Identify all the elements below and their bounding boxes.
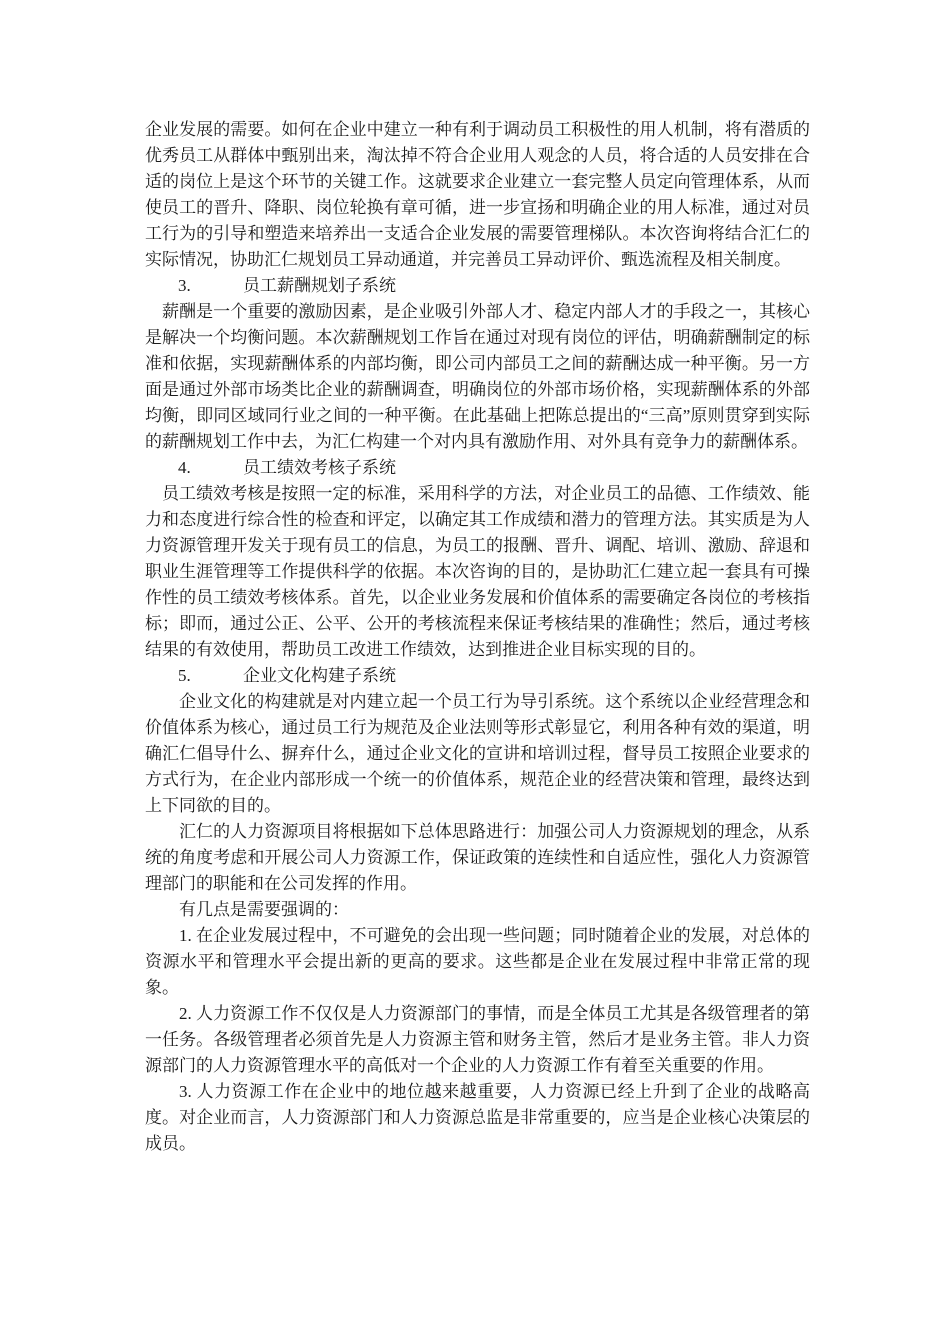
emphasis-point-2: 2. 人力资源工作不仅仅是人力资源部门的事情，而是全体员工尤其是各级管理者的第一… xyxy=(145,1001,810,1079)
section-5-number: 5. xyxy=(178,663,243,689)
section-5-title: 企业文化构建子系统 xyxy=(243,666,396,685)
section-3-title: 员工薪酬规划子系统 xyxy=(243,276,396,295)
emphasis-point-1: 1. 在企业发展过程中，不可避免的会出现一些问题；同时随着企业的发展，对总体的资… xyxy=(145,923,810,1001)
section-4-title: 员工绩效考核子系统 xyxy=(243,458,396,477)
emphasis-intro: 有几点是需要强调的： xyxy=(145,897,810,923)
paragraph-continuation: 企业发展的需要。如何在企业中建立一种有利于调动员工积极性的用人机制，将有潜质的优… xyxy=(145,117,810,273)
section-5-heading: 5.企业文化构建子系统 xyxy=(145,663,810,689)
overall-approach-paragraph: 汇仁的人力资源项目将根据如下总体思路进行：加强公司人力资源规划的理念，从系统的角… xyxy=(145,819,810,897)
section-4-heading: 4.员工绩效考核子系统 xyxy=(145,455,810,481)
document-body: 企业发展的需要。如何在企业中建立一种有利于调动员工积极性的用人机制，将有潜质的优… xyxy=(145,117,810,1157)
section-3-body: 薪酬是一个重要的激励因素，是企业吸引外部人才、稳定内部人才的手段之一，其核心是解… xyxy=(145,299,810,455)
section-3-heading: 3.员工薪酬规划子系统 xyxy=(145,273,810,299)
section-5-body: 企业文化的构建就是对内建立起一个员工行为导引系统。这个系统以企业经营理念和价值体… xyxy=(145,689,810,819)
document-page: 企业发展的需要。如何在企业中建立一种有利于调动员工积极性的用人机制，将有潜质的优… xyxy=(0,0,950,1344)
section-4-body: 员工绩效考核是按照一定的标准，采用科学的方法，对企业员工的品德、工作绩效、能力和… xyxy=(145,481,810,663)
emphasis-point-3: 3. 人力资源工作在企业中的地位越来越重要，人力资源已经上升到了企业的战略高度。… xyxy=(145,1079,810,1157)
section-3-number: 3. xyxy=(178,273,243,299)
section-4-number: 4. xyxy=(178,455,243,481)
